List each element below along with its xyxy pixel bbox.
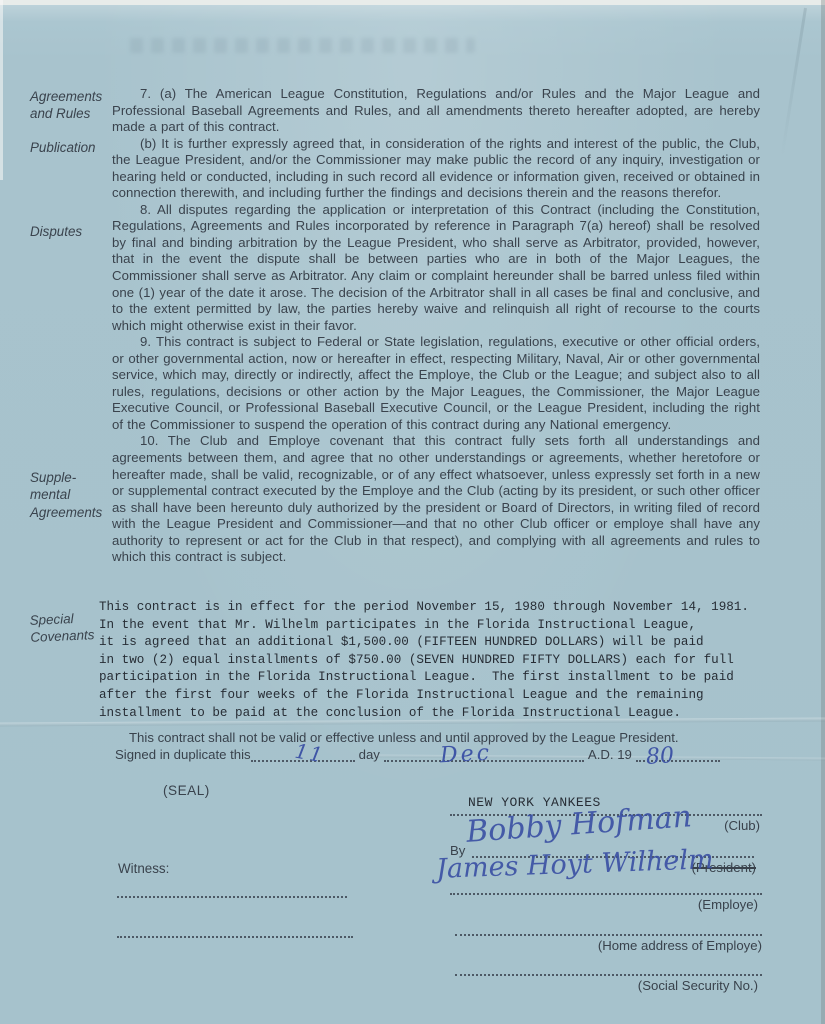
- contract-page: Agreements and Rules Publication Dispute…: [0, 0, 825, 1024]
- clause-7b: (b) It is further expressly agreed that,…: [112, 136, 760, 202]
- handwritten-year: 80: [645, 743, 675, 770]
- home-address-label: (Home address of Employe): [598, 938, 762, 953]
- seal-label: (SEAL): [163, 783, 210, 798]
- margin-label-supplemental-agreements: Supple- mental Agreements: [30, 469, 118, 521]
- margin-label-disputes: Disputes: [30, 223, 118, 240]
- signed-prefix: Signed in duplicate this: [115, 747, 251, 762]
- clause-9: 9. This contract is subject to Federal o…: [112, 334, 760, 433]
- ssn-line: [455, 974, 762, 976]
- year-fill-line: 80: [636, 745, 720, 762]
- special-covenants-text: This contract is in effect for the perio…: [99, 599, 799, 722]
- bleed-through-text: [130, 38, 475, 53]
- handwritten-month: Dec: [439, 741, 492, 769]
- scan-edge-left: [0, 0, 3, 180]
- paper-crease: [781, 8, 807, 157]
- scan-edge-top: [0, 0, 825, 5]
- validity-statement: This contract shall not be valid or effe…: [129, 730, 679, 745]
- margin-label-agreements-and-rules: Agreements and Rules: [30, 88, 118, 123]
- margin-label-publication: Publication: [30, 139, 118, 156]
- month-fill-line: Dec: [384, 745, 584, 762]
- day-word: day: [359, 747, 380, 762]
- covenant-line: This contract is in effect for the perio…: [99, 599, 799, 617]
- covenant-line: in two (2) equal installments of $750.00…: [99, 652, 799, 670]
- home-address-line: [455, 934, 762, 936]
- covenant-line: after the first four weeks of the Florid…: [99, 687, 799, 705]
- ad-prefix: A.D. 19: [588, 747, 632, 762]
- witness-label: Witness:: [118, 861, 169, 876]
- signed-date-line: Signed in duplicate this 11 day Dec A.D.…: [115, 745, 720, 762]
- covenant-line: it is agreed that an additional $1,500.0…: [99, 634, 799, 652]
- employe-signature: James Hoyt Wilhelm: [436, 844, 715, 885]
- club-label: (Club): [724, 818, 760, 833]
- witness-signature-line: [117, 936, 353, 938]
- day-fill-line: 11: [251, 745, 355, 762]
- scan-edge-right: [821, 0, 825, 1024]
- handwritten-day: 11: [293, 739, 326, 768]
- contract-clauses: 7. (a) The American League Constitution,…: [112, 86, 760, 566]
- witness-signature-line: [117, 896, 347, 898]
- covenant-line: In the event that Mr. Wilhelm participat…: [99, 617, 799, 635]
- ssn-label: (Social Security No.): [638, 978, 758, 993]
- employe-label: (Employe): [698, 897, 758, 912]
- employe-signature-line: [450, 893, 762, 895]
- clause-10: 10. The Club and Employe covenant that t…: [112, 433, 760, 565]
- covenant-line: participation in the Florida Instruction…: [99, 669, 799, 687]
- covenant-line: installment to be paid at the conclusion…: [99, 705, 799, 723]
- clause-7a: 7. (a) The American League Constitution,…: [112, 86, 760, 136]
- clause-8: 8. All disputes regarding the applicatio…: [112, 202, 760, 334]
